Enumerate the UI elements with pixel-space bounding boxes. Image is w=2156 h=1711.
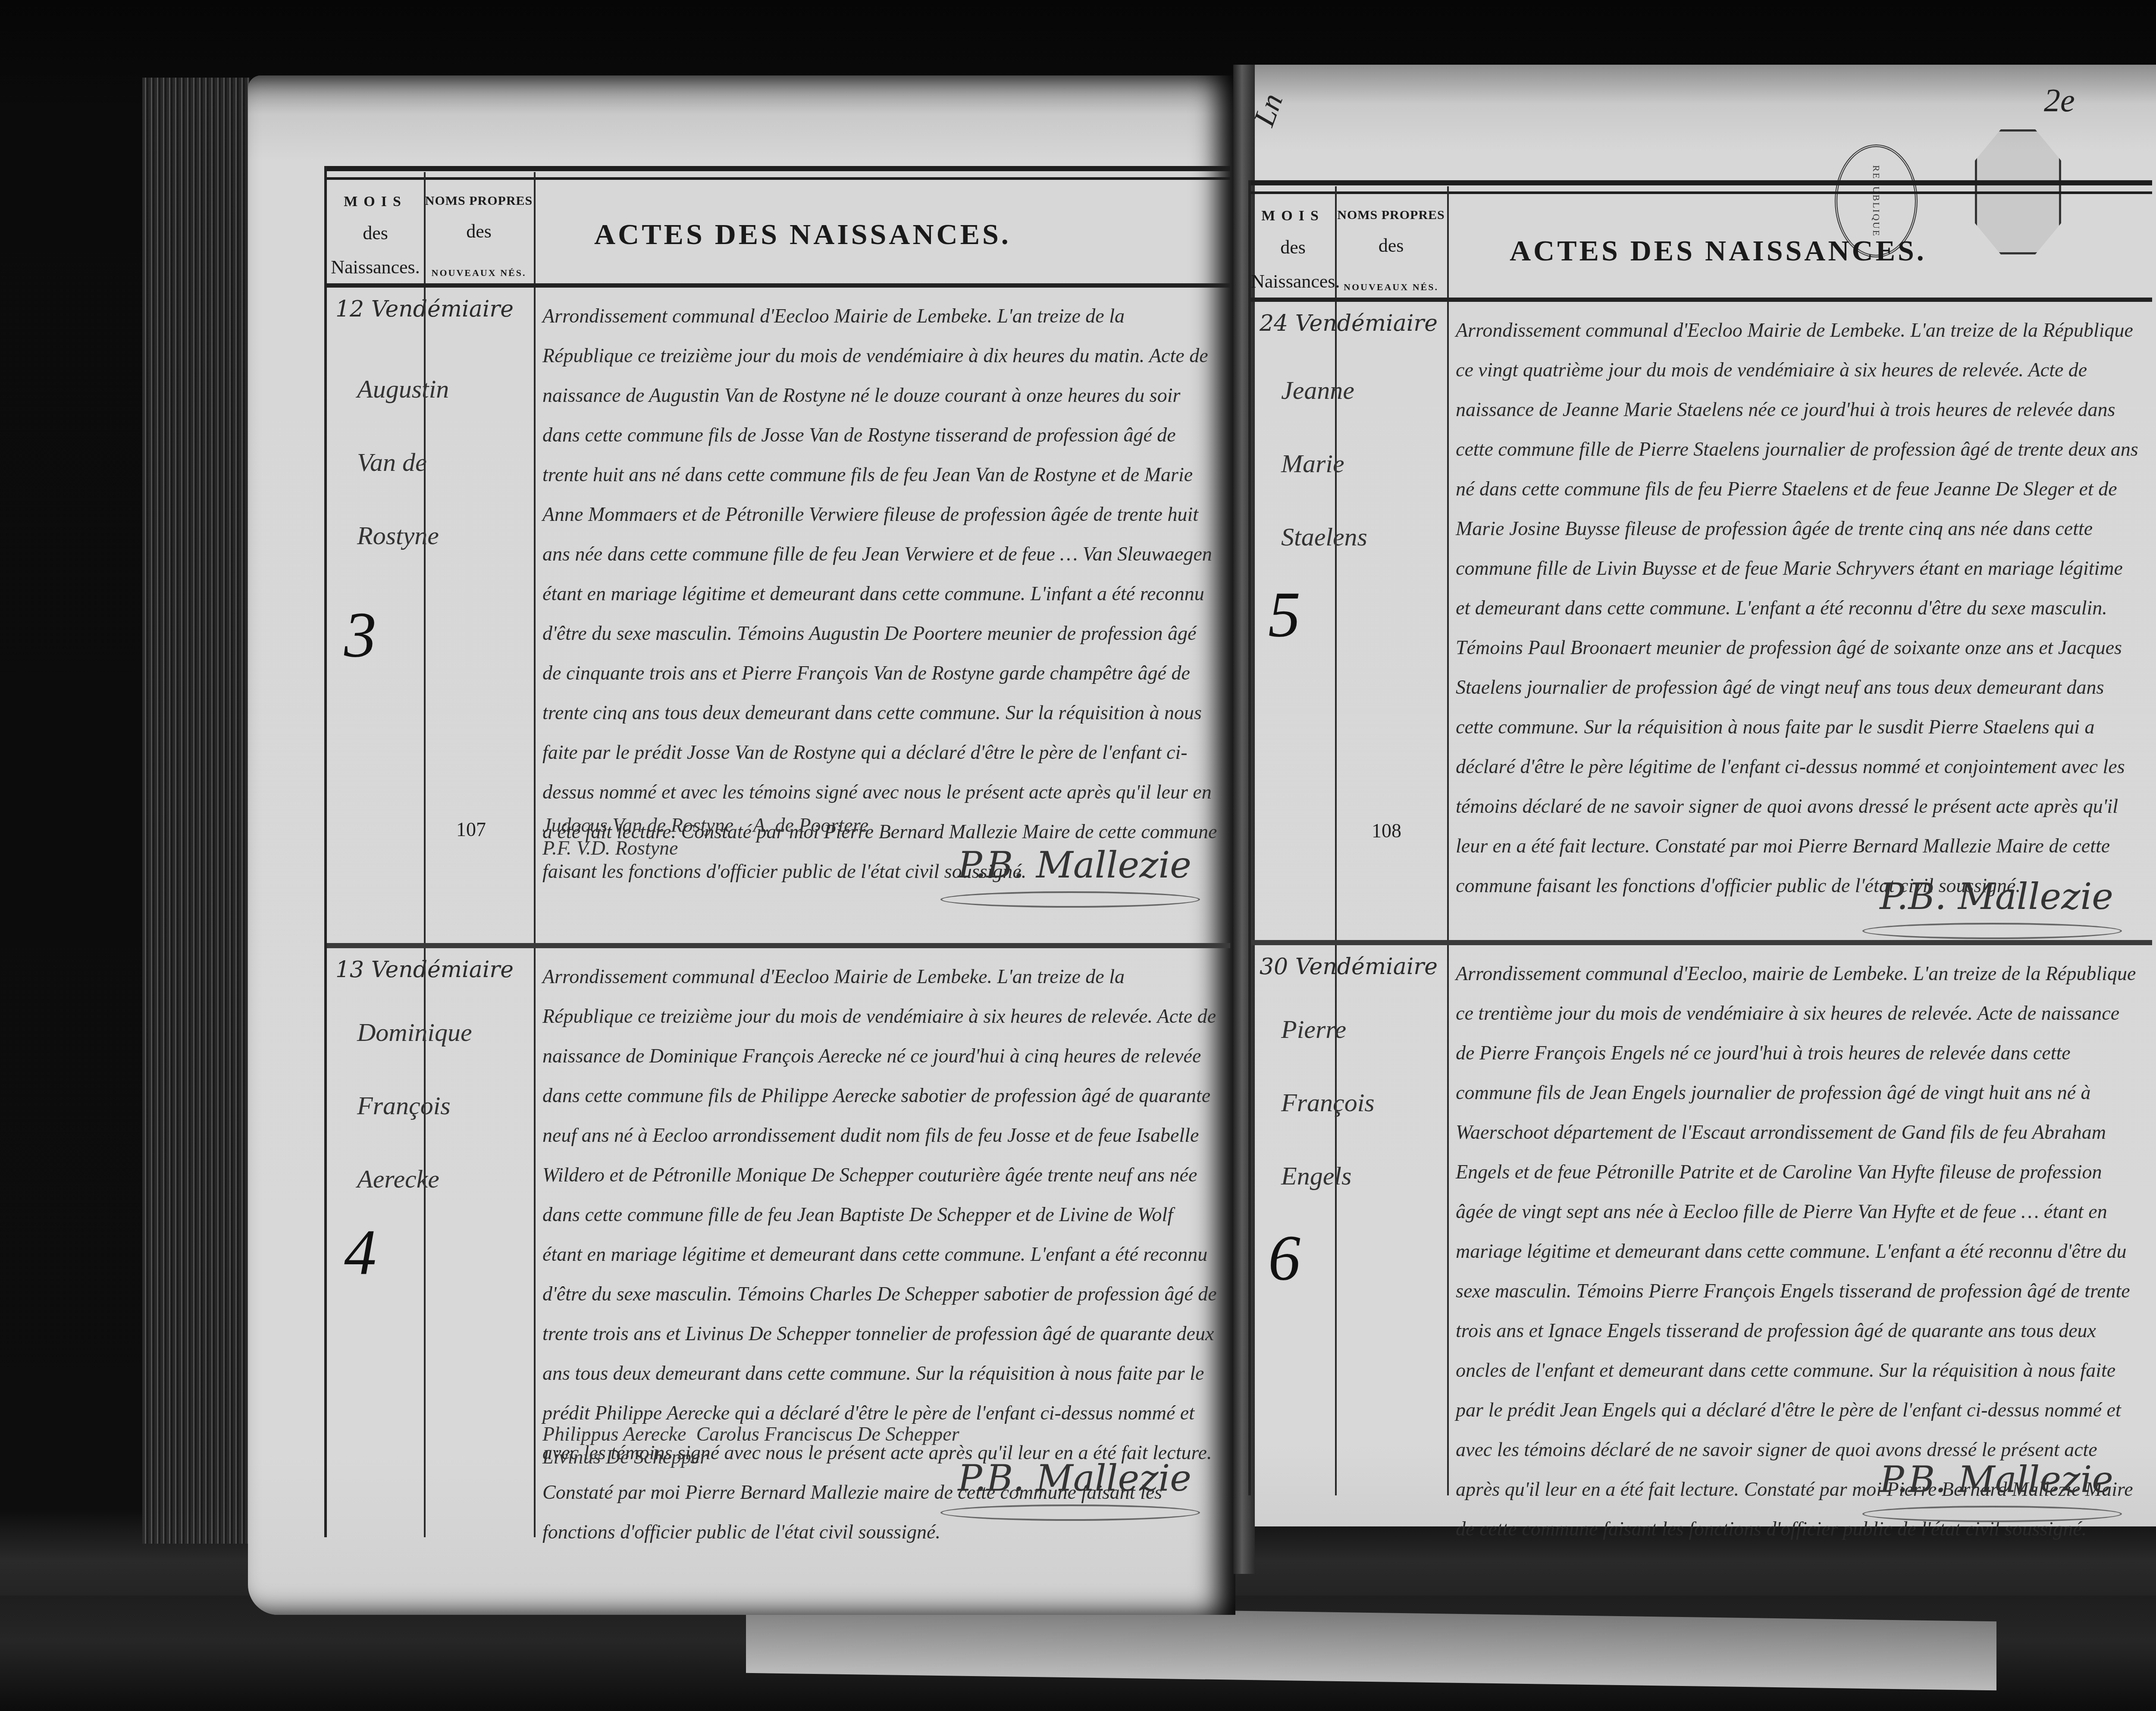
page-stack-edges-left — [142, 78, 250, 1544]
header-rule — [1251, 298, 2152, 302]
header-rule — [327, 283, 1230, 288]
record-text: Arrondissement communal d'Eecloo Mairie … — [1456, 310, 2139, 906]
birth-record-3: 12 Vendémiaire Augustin Van de Rostyne 3… — [327, 288, 1230, 943]
record-name: Pierre François Engels — [1281, 993, 1436, 1213]
header-noms: NOMS PROPRES des NOUVEAUX NÉS. — [1335, 208, 1447, 293]
birth-record-5: 24 Vendémiaire Jeanne Marie Staelens 5 1… — [1251, 302, 2152, 940]
record-date: 24 Vendémiaire — [1260, 310, 1438, 336]
entry-divider — [1251, 940, 2152, 945]
record-name: Jeanne Marie Staelens — [1281, 354, 1436, 573]
page-number: 2e — [2044, 82, 2075, 119]
record-number: 6 — [1268, 1221, 1300, 1295]
folio-number: 107 — [456, 818, 486, 841]
witness-signatures: Judocus Van de Rostyne A. de Poortere P.… — [542, 814, 868, 859]
header-mois: MOIS des Naissances. — [327, 194, 424, 278]
record-name: Dominique François Aerecke — [357, 996, 512, 1216]
mayor-signature: P.B. Mallezie — [1880, 1458, 2113, 1501]
record-date: 13 Vendémiaire — [335, 957, 514, 983]
table-header: MOIS des Naissances. NOMS PROPRES des NO… — [1251, 186, 2152, 298]
record-text: Arrondissement communal d'Eecloo Mairie … — [542, 296, 1217, 891]
folio-number: 108 — [1372, 819, 1401, 842]
record-number: 3 — [344, 598, 376, 672]
register-title: ACTES DES NAISSANCES. — [594, 217, 1011, 251]
header-noms: NOMS PROPRES des NOUVEAUX NÉS. — [424, 194, 534, 279]
right-register-table: MOIS des Naissances. NOMS PROPRES des NO… — [1248, 180, 2152, 1495]
record-name: Augustin Van de Rostyne — [357, 352, 512, 572]
mayor-signature: P.B. Mallezie — [1880, 875, 2113, 918]
header-mois: MOIS des Naissances. — [1251, 208, 1335, 292]
entry-divider — [327, 943, 1230, 948]
record-date: 30 Vendémiaire — [1260, 954, 1438, 980]
left-register-table: MOIS des Naissances. NOMS PROPRES des NO… — [324, 166, 1230, 1537]
birth-record-6: 30 Vendémiaire Pierre François Engels 6 … — [1251, 945, 2152, 1493]
register-title: ACTES DES NAISSANCES. — [1510, 234, 1927, 268]
mayor-signature: P.B. Mallezie — [958, 1457, 1191, 1499]
record-date: 12 Vendémiaire — [335, 296, 514, 322]
table-header: MOIS des Naissances. NOMS PROPRES des NO… — [327, 172, 1230, 284]
birth-record-4: 13 Vendémiaire Dominique François Aereck… — [327, 948, 1230, 1535]
record-number: 4 — [344, 1216, 376, 1290]
mayor-signature: P.B. Mallezie — [958, 844, 1191, 886]
record-number: 5 — [1268, 578, 1300, 652]
witness-signatures: Philippus Aerecke Carolus Franciscus De … — [542, 1423, 959, 1468]
